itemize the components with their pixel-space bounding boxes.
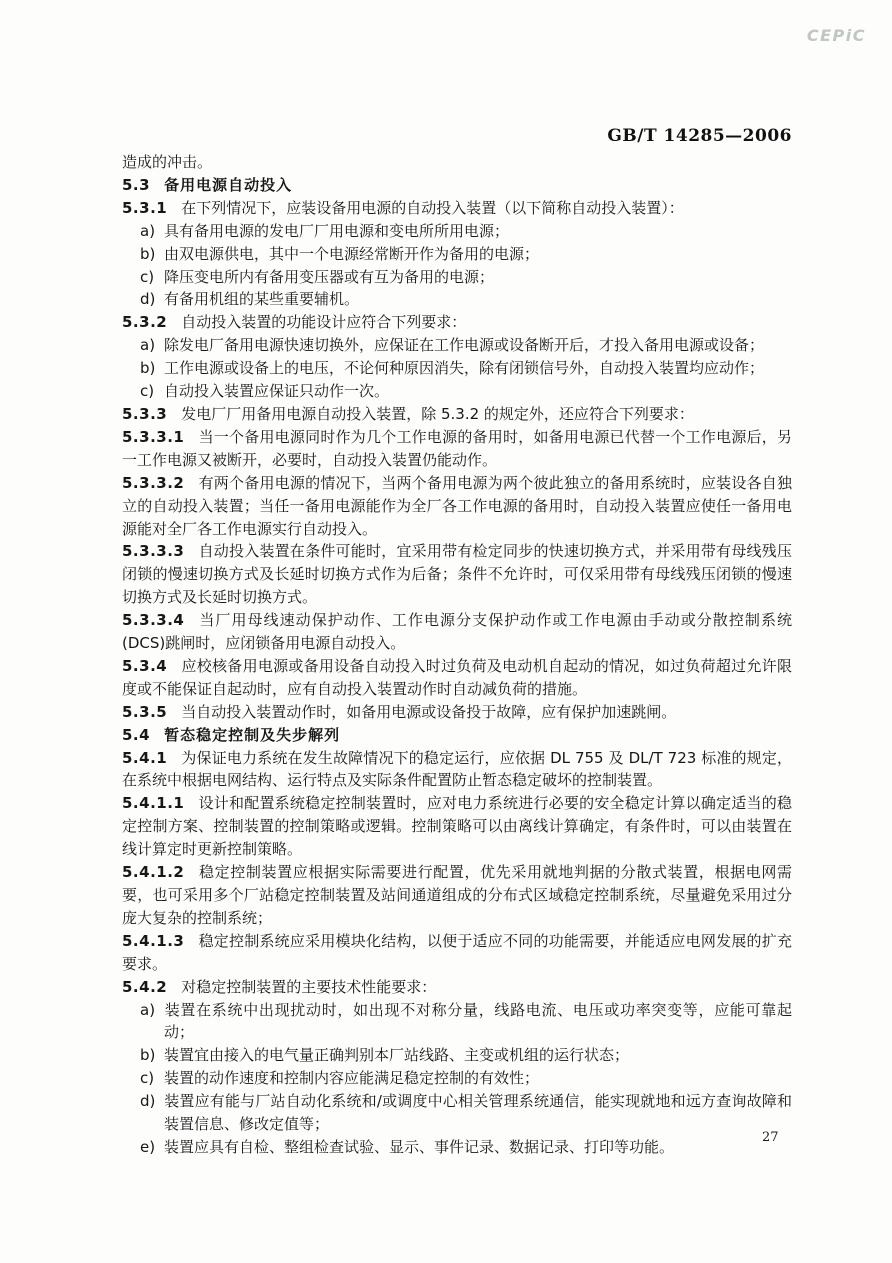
paragraph-text: 装置应具有自检、整组检查试验、显示、事件记录、数据记录、打印等功能。 [164,1138,674,1156]
body-paragraph: 造成的冲击。 [122,151,792,174]
clause-number: 5.4.1.1 [122,794,184,812]
paragraph-text: 当自动投入装置动作时，如备用电源或设备投于故障，应有保护加速跳闸。 [181,703,676,721]
clause-number: 5.3.3 [122,405,167,423]
paragraph-text: 自动投入装置在条件可能时，宜采用带有检定同步的快速切换方式，并采用带有母线残压闭… [122,542,792,606]
clause-number: 5.3.1 [122,199,167,217]
item-letter: b) [140,357,164,380]
clause-number: 5.3.3.2 [122,474,184,492]
paragraph-text: 除发电厂备用电源快速切换外，应保证在工作电源或设备断开后，才投入备用电源或设备； [164,336,764,354]
list-item: a)具有备用电源的发电厂厂用电源和变电所所用电源； [122,220,792,243]
item-letter: c) [140,1067,164,1090]
item-letter: b) [140,1044,164,1067]
list-item: b)装置宜由接入的电气量正确判别本厂站线路、主变或机组的运行状态； [122,1044,792,1067]
clause-paragraph: 5.4.1为保证电力系统在发生故障情况下的稳定运行，应依据 DL 755 及 D… [122,747,792,793]
paragraph-text: 具有备用电源的发电厂厂用电源和变电所所用电源； [164,222,509,240]
cepic-watermark-logo: CEPiC [807,26,866,45]
paragraph-text: 设计和配置系统稳定控制装置时，应对电力系统进行必要的安全稳定计算以确定适当的稳定… [122,794,792,858]
clause-number: 5.4.2 [122,978,167,996]
list-item: a)装置在系统中出现扰动时，如出现不对称分量，线路电流、电压或功率突变等，应能可… [122,999,792,1045]
item-letter: a) [140,220,164,243]
clause-paragraph: 5.4.1.3稳定控制系统应采用模块化结构，以便于适应不同的功能需要，并能适应电… [122,930,792,976]
paragraph-text: 有两个备用电源的情况下，当两个备用电源为两个彼此独立的备用系统时，应装设各自独立… [122,474,792,538]
list-item: c)自动投入装置应保证只动作一次。 [122,380,792,403]
paragraph-text: 装置的动作速度和控制内容应能满足稳定控制的有效性； [164,1069,539,1087]
clause-paragraph: 5.3.3发电厂厂用备用电源自动投入装置，除 5.3.2 的规定外，还应符合下列… [122,403,792,426]
list-item: b)工作电源或设备上的电压，不论何种原因消失，除有闭锁信号外，自动投入装置均应动… [122,357,792,380]
clause-paragraph: 5.3.3.3自动投入装置在条件可能时，宜采用带有检定同步的快速切换方式，并采用… [122,540,792,609]
paragraph-text: 装置应有能与厂站自动化系统和/或调度中心相关管理系统通信，能实现就地和远方查询故… [164,1092,792,1133]
clause-paragraph: 5.3.3.1当一个备用电源同时作为几个工作电源的备用时，如备用电源已代替一个工… [122,426,792,472]
clause-number: 5.3.4 [122,657,167,675]
clause-number: 5.3.3.4 [122,611,184,629]
clause-number: 5.3.3.3 [122,542,184,560]
clause-number: 5.3 [122,176,150,194]
paragraph-text: 应校核备用电源或备用设备自动投入时过负荷及电动机自起动的情况，如过负荷超过允许限… [122,657,792,698]
item-letter: c) [140,380,164,403]
paragraph-text: 由双电源供电，其中一个电源经常断开作为备用的电源； [164,245,539,263]
paragraph-text: 为保证电力系统在发生故障情况下的稳定运行，应依据 DL 755 及 DL/T 7… [122,749,792,790]
clause-paragraph: 5.3.1在下列情况下，应装设备用电源的自动投入装置（以下简称自动投入装置）： [122,197,792,220]
section-heading: 5.4暂态稳定控制及失步解列 [122,724,792,747]
clause-number: 5.4.1.3 [122,932,184,950]
paragraph-text: 在下列情况下，应装设备用电源的自动投入装置（以下简称自动投入装置）： [181,199,684,217]
paragraph-text: 当一个备用电源同时作为几个工作电源的备用时，如备用电源已代替一个工作电源后，另一… [122,428,792,469]
list-item: c)装置的动作速度和控制内容应能满足稳定控制的有效性； [122,1067,792,1090]
item-letter: a) [140,334,164,357]
list-item: e)装置应具有自检、整组检查试验、显示、事件记录、数据记录、打印等功能。 [122,1136,792,1159]
clause-number: 5.4 [122,726,150,744]
clause-paragraph: 5.4.1.2稳定控制装置应根据实际需要进行配置，优先采用就地判据的分散式装置，… [122,861,792,930]
clause-paragraph: 5.4.2对稳定控制装置的主要技术性能要求： [122,976,792,999]
clause-number: 5.4.1 [122,749,167,767]
paragraph-text: 造成的冲击。 [122,153,212,171]
item-letter: a) [140,999,164,1022]
paragraph-text: 自动投入装置应保证只动作一次。 [164,382,389,400]
paragraph-text: 稳定控制系统应采用模块化结构，以便于适应不同的功能需要，并能适应电网发展的扩充要… [122,932,792,973]
paragraph-text: 有备用机组的某些重要辅机。 [164,290,359,308]
clause-number: 5.3.5 [122,703,167,721]
list-item: c)降压变电所内有备用变压器或有互为备用的电源； [122,266,792,289]
clause-paragraph: 5.3.2自动投入装置的功能设计应符合下列要求： [122,311,792,334]
clause-number: 5.4.1.2 [122,863,184,881]
paragraph-text: 对稳定控制装置的主要技术性能要求： [181,978,436,996]
clause-number: 5.3.2 [122,313,167,331]
paragraph-text: 发电厂厂用备用电源自动投入装置，除 5.3.2 的规定外，还应符合下列要求： [181,405,694,423]
list-item: d)有备用机组的某些重要辅机。 [122,288,792,311]
paragraph-text: 自动投入装置的功能设计应符合下列要求： [181,313,466,331]
scanned-standard-page: CEPiC GB/T 14285—2006 造成的冲击。5.3备用电源自动投入5… [0,0,892,1263]
clause-paragraph: 5.3.4应校核备用电源或备用设备自动投入时过负荷及电动机自起动的情况，如过负荷… [122,655,792,701]
item-letter: b) [140,243,164,266]
page-number: 27 [762,1130,779,1145]
clause-number: 5.3.3.1 [122,428,184,446]
clause-paragraph: 5.3.3.4当厂用母线速动保护动作、工作电源分支保护动作或工作电源由手动或分散… [122,609,792,655]
standard-number-header: GB/T 14285—2006 [607,126,792,146]
paragraph-text: 稳定控制装置应根据实际需要进行配置，优先采用就地判据的分散式装置，根据电网需要，… [122,863,792,927]
item-letter: d) [140,1090,164,1113]
clause-paragraph: 5.3.3.2有两个备用电源的情况下，当两个备用电源为两个彼此独立的备用系统时，… [122,472,792,541]
clause-paragraph: 5.3.5当自动投入装置动作时，如备用电源或设备投于故障，应有保护加速跳闸。 [122,701,792,724]
item-letter: e) [140,1136,164,1159]
paragraph-text: 装置在系统中出现扰动时，如出现不对称分量，线路电流、电压或功率突变等，应能可靠起… [164,1001,792,1042]
clause-paragraph: 5.4.1.1设计和配置系统稳定控制装置时，应对电力系统进行必要的安全稳定计算以… [122,792,792,861]
section-heading: 5.3备用电源自动投入 [122,174,792,197]
paragraph-text: 暂态稳定控制及失步解列 [164,726,340,744]
list-item: a)除发电厂备用电源快速切换外，应保证在工作电源或设备断开后，才投入备用电源或设… [122,334,792,357]
paragraph-text: 装置宜由接入的电气量正确判别本厂站线路、主变或机组的运行状态； [164,1046,629,1064]
paragraph-text: 工作电源或设备上的电压，不论何种原因消失，除有闭锁信号外，自动投入装置均应动作； [164,359,764,377]
list-item: b)由双电源供电，其中一个电源经常断开作为备用的电源； [122,243,792,266]
item-letter: d) [140,288,164,311]
item-letter: c) [140,266,164,289]
paragraph-text: 当厂用母线速动保护动作、工作电源分支保护动作或工作电源由手动或分散控制系统(DC… [122,611,792,652]
list-item: d)装置应有能与厂站自动化系统和/或调度中心相关管理系统通信，能实现就地和远方查… [122,1090,792,1136]
document-content: 造成的冲击。5.3备用电源自动投入5.3.1在下列情况下，应装设备用电源的自动投… [122,151,792,1159]
paragraph-text: 降压变电所内有备用变压器或有互为备用的电源； [164,268,494,286]
paragraph-text: 备用电源自动投入 [164,176,292,194]
